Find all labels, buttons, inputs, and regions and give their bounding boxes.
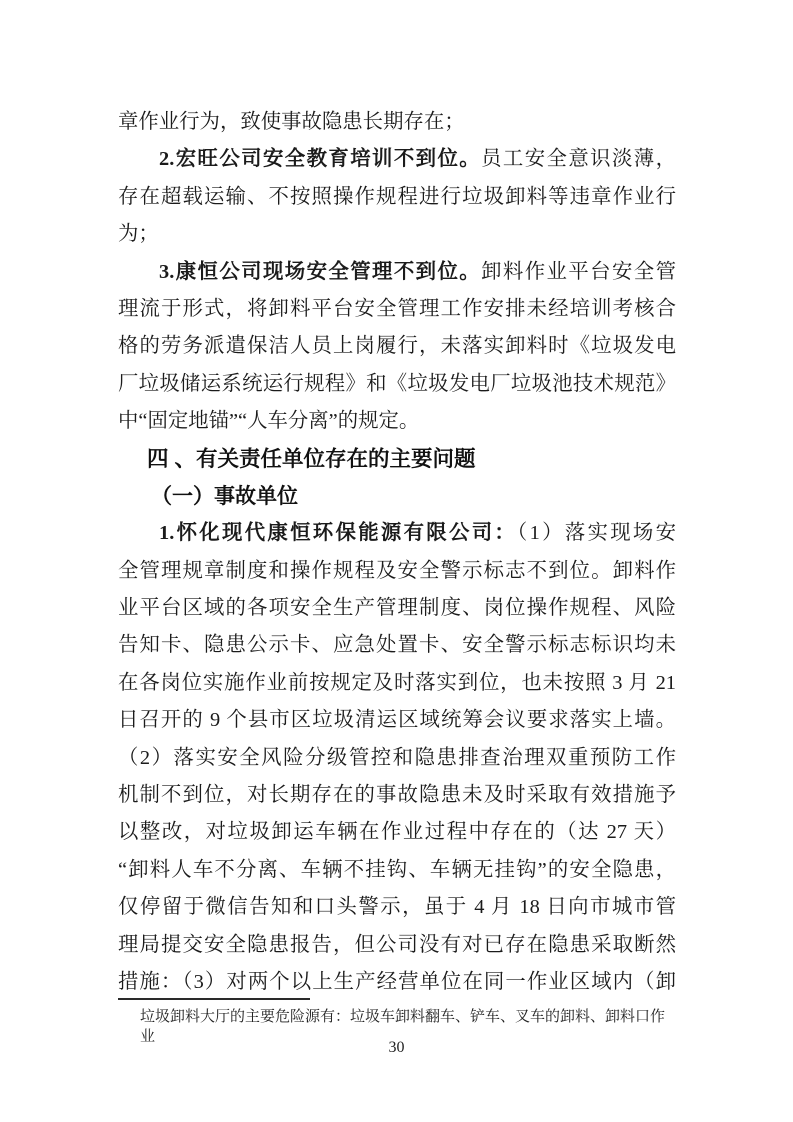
text-line: 全管理规章制度和操作规程及安全警示标志不到位。卸料作 [118,553,676,590]
text-line: 理流于形式，将卸料平台安全管理工作安排未经培训考核合 [118,291,676,328]
text-segment: 机制不到位，对长期存在的事故隐患未及时采取有效措施予 [118,784,676,806]
text-segment: 告知卡、隐患公示卡、应急处置卡、安全警示标志标识均未 [118,634,676,656]
text-line: 为； [118,216,676,253]
text-segment: 2.宏旺公司安全教育培训不到位。 [159,148,481,170]
text-line: 业平台区域的各项安全生产管理制度、岗位操作规程、风险 [118,590,676,627]
text-line: 仅停留于微信告知和口头警示，虽于 4 月 18 日向市城市管 [118,889,676,926]
text-line: 机制不到位，对长期存在的事故隐患未及时采取有效措施予 [118,777,676,814]
text-segment: 3.康恒公司现场安全管理不到位。 [159,261,481,283]
text-segment: 存在超载运输、不按照操作规程进行垃圾卸料等违章作业行 [118,186,676,208]
text-segment: 以整改，对垃圾卸运车辆在作业过程中存在的（达 27 天） [118,821,676,843]
text-line: 理局提交安全隐患报告，但公司没有对已存在隐患采取断然 [118,927,676,964]
text-line: 格的劳务派遣保洁人员上岗履行，未落实卸料时《垃圾发电 [118,328,676,365]
text-segment: 员工安全意识淡薄， [481,148,676,170]
text-segment: （2）落实安全风险分级管控和隐患排查治理双重预防工作 [118,747,676,769]
text-segment: 在各岗位实施作业前按规定及时落实到位，也未按照 3 月 21 [118,672,676,694]
document-body: 章作业行为，致使事故隐患长期存在；2.宏旺公司安全教育培训不到位。员工安全意识淡… [118,104,676,1001]
text-segment: 四 、有关责任单位存在的主要问题 [147,447,475,471]
text-line: 存在超载运输、不按照操作规程进行垃圾卸料等违章作业行 [118,179,676,216]
footnote-separator [118,998,310,1000]
text-line: 以整改，对垃圾卸运车辆在作业过程中存在的（达 27 天） [118,814,676,851]
text-segment: 1.怀化现代康恒环保能源有限公司： [159,522,517,544]
text-segment: （一）事故单位 [151,484,298,508]
text-segment: 措施：（3）对两个以上生产经营单位在同一作业区域内（卸 [118,971,676,993]
text-segment: 厂垃圾储运系统运行规程》和《垃圾发电厂垃圾池技术规范》 [118,373,676,395]
text-line: 日召开的 9 个县市区垃圾清运区域统筹会议要求落实上墙。 [118,702,676,739]
text-segment: 理流于形式，将卸料平台安全管理工作安排未经培训考核合 [118,298,676,320]
text-line: 中“固定地锚”“人车分离”的规定。 [118,403,676,440]
text-line: 3.康恒公司现场安全管理不到位。卸料作业平台安全管 [118,254,676,291]
document-page: 章作业行为，致使事故隐患长期存在；2.宏旺公司安全教育培训不到位。员工安全意识淡… [0,0,793,1122]
text-segment: 业平台区域的各项安全生产管理制度、岗位操作规程、风险 [118,597,676,619]
text-segment: 全管理规章制度和操作规程及安全警示标志不到位。卸料作 [118,560,676,582]
text-segment: 为； [118,223,159,245]
text-line: （2）落实安全风险分级管控和隐患排查治理双重预防工作 [118,740,676,777]
text-segment: 仅停留于微信告知和口头警示，虽于 4 月 18 日向市城市管 [118,896,676,918]
text-segment: 中“固定地锚”“人车分离”的规定。 [118,410,419,432]
text-line: “卸料人车不分离、车辆不挂钩、车辆无挂钩”的安全隐患， [118,852,676,889]
text-segment: 理局提交安全隐患报告，但公司没有对已存在隐患采取断然 [118,934,676,956]
subsection-heading: （一）事故单位 [118,478,676,515]
text-segment: 章作业行为，致使事故隐患长期存在； [118,111,465,133]
text-line: 在各岗位实施作业前按规定及时落实到位，也未按照 3 月 21 [118,665,676,702]
text-line: 2.宏旺公司安全教育培训不到位。员工安全意识淡薄， [118,141,676,178]
text-line: 1.怀化现代康恒环保能源有限公司：（1）落实现场安 [118,515,676,552]
text-line: 告知卡、隐患公示卡、应急处置卡、安全警示标志标识均未 [118,627,676,664]
text-segment: “卸料人车不分离、车辆不挂钩、车辆无挂钩”的安全隐患， [118,859,676,881]
page-number: 30 [0,1039,793,1057]
text-segment: 卸料作业平台安全管 [481,261,676,283]
text-segment: （1）落实现场安 [517,522,676,544]
text-line: 措施：（3）对两个以上生产经营单位在同一作业区域内（卸 [118,964,676,1001]
text-line: 厂垃圾储运系统运行规程》和《垃圾发电厂垃圾池技术规范》 [118,366,676,403]
text-line: 章作业行为，致使事故隐患长期存在； [118,104,676,141]
text-segment: 日召开的 9 个县市区垃圾清运区域统筹会议要求落实上墙。 [118,709,676,731]
section-heading: 四 、有关责任单位存在的主要问题 [118,441,676,478]
text-segment: 格的劳务派遣保洁人员上岗履行，未落实卸料时《垃圾发电 [118,335,676,357]
